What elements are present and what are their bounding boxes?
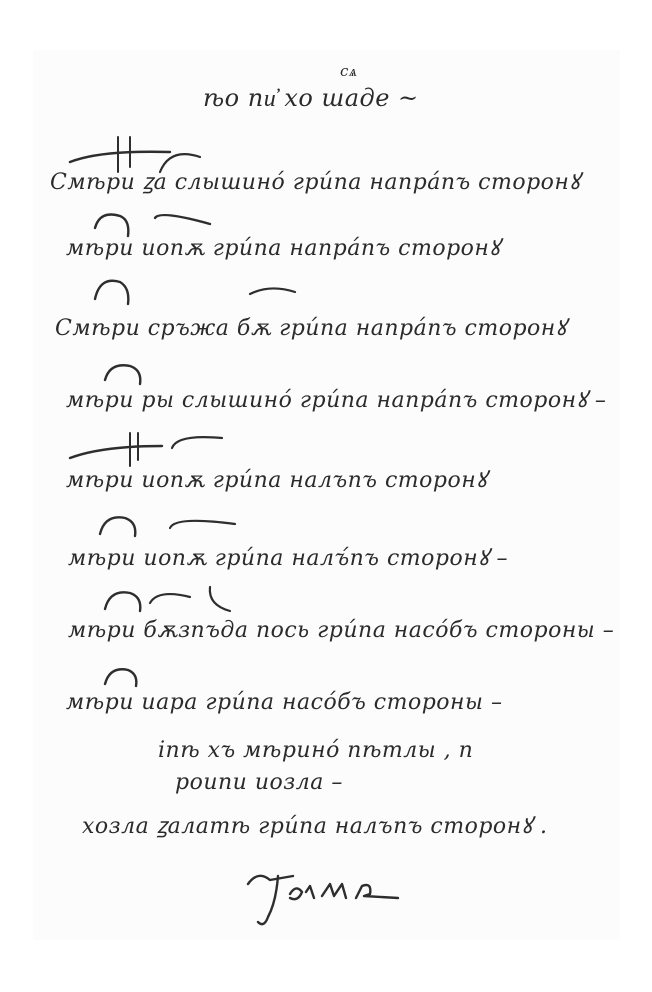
text-line-1: Смѣри ꙁа слышино́ гри́па напра́пъ сторон…: [50, 166, 580, 196]
text-line-11: хозла ꙁалатѣ гри́па налъпъ сторонꙋ .: [82, 810, 547, 840]
text-line-9: іпѣ хъ мѣрино́ пѣтлы , п: [158, 738, 473, 763]
text-line-6: мѣри иопѫ гри́па налъ́пъ сторонꙋ –: [68, 542, 508, 572]
text-line-5: мѣри иопѫ гри́па налъпъ сторонꙋ: [66, 464, 487, 494]
text-line-3: Смѣри сръжа бѫ гри́па напра́пъ сторонꙋ: [55, 312, 567, 342]
signature-monogram-icon: [238, 862, 408, 937]
text-line-4: мѣри ры слышино́ гри́па напра́пъ сторонꙋ…: [66, 384, 606, 414]
text-line-10: роипи иозла –: [175, 770, 343, 795]
heading-superscript: сѧ: [340, 62, 358, 81]
text-line-2: мѣри иопѫ гри́па напра́пъ сторонꙋ: [66, 232, 500, 262]
heading-text: ѣо пи҆ хо шаде ~: [203, 84, 419, 113]
text-line-7: мѣри бѫзпъда пось гри́па насо́бъ стороны…: [68, 618, 614, 643]
heading-line: ѣо пи҆ хо шаде ~: [203, 84, 419, 113]
text-line-8: мѣри иара гри́па насо́бъ стороны –: [66, 690, 502, 715]
